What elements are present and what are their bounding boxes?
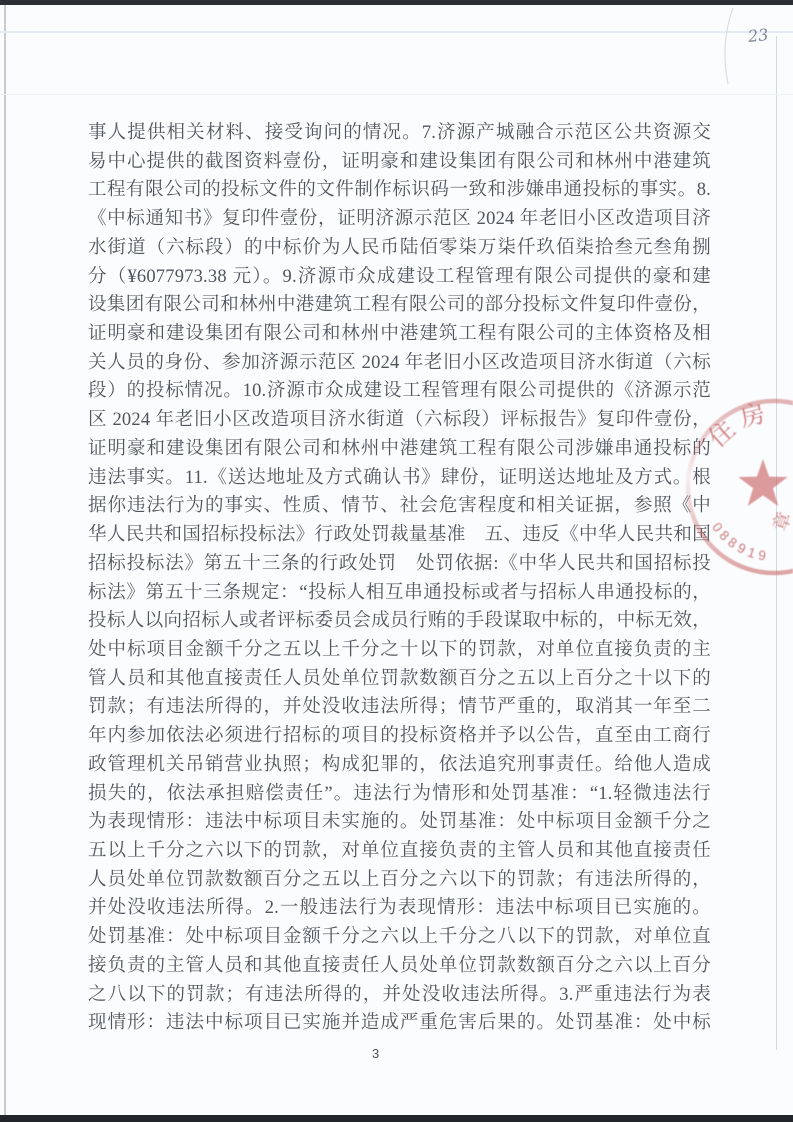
text-line: 证明豪和建设集团有限公司和林州中港建筑工程有限公司涉嫌串通投标的 [88,435,711,464]
text-line: 水街道（六标段）的中标价为人民币陆佰零柒万柒仟玖佰柒拾叁元叁角捌 [88,234,711,263]
text-line: 现情形：违法中标项目已实施并造成严重危害后果的。处罚基准：处中标 [88,1009,711,1038]
document-body-text: 事人提供相关材料、接受询问的情况。7.济源产城融合示范区公共资源交易中心提供的截… [88,119,711,1038]
text-line: 工程有限公司的投标文件的文件制作标识码一致和涉嫌串通投标的事实。8. [88,176,711,205]
text-line: 招标投标法》第五十三条的行政处罚 处罚依据:《中华人民共和国招标投 [88,550,711,579]
seal-partial-character: 章 [769,509,793,534]
paper-crease-line [712,6,742,86]
text-line: 罚款；有违法所得的，并处没收违法所得；情节严重的，取消其一年至二 [88,693,711,722]
official-seal-stamp: 住房 088919 章 [652,383,793,593]
page-number: 3 [372,1046,379,1061]
text-line: 之八以下的罚款；有违法所得的，并处没收违法所得。3.严重违法行为表 [88,981,711,1010]
text-line: 违法事实。11.《送达地址及方式确认书》肆份，证明送达地址及方式。根 [88,464,711,493]
text-line: 为表现情形：违法中标项目未实施的。处罚基准：处中标项目金额千分之 [88,808,711,837]
scan-artifact-line [0,94,793,95]
text-line: 标法》第五十三条规定：“投标人相互串通投标或者与招标人串通投标的， [88,579,711,608]
scan-border-top [0,0,793,5]
text-line: 管人员和其他直接责任人员处单位罚款数额百分之五以上百分之十以下的 [88,665,711,694]
seal-arc-text: 住房 [703,398,775,453]
text-line: 关人员的身份、参加济源示范区 2024 年老旧小区改造项目济水街道（六标 [88,349,711,378]
text-line: 易中心提供的截图资料壹份，证明豪和建设集团有限公司和林州中港建筑 [88,148,711,177]
text-line: 并处没收违法所得。2.一般违法行为表现情形：违法中标项目已实施的。 [88,894,711,923]
text-line: 处中标项目金额千分之五以上千分之十以下的罚款，对单位直接负责的主 [88,636,711,665]
text-line: 人员处单位罚款数额百分之五以上百分之六以下的罚款；有违法所得的， [88,866,711,895]
scan-border-bottom [0,1115,793,1122]
text-line: 据你违法行为的事实、性质、情节、社会危害程度和相关证据，参照《中 [88,492,711,521]
text-line: 损失的，依法承担赔偿责任”。违法行为情形和处罚基准：“1.轻微违法行 [88,780,711,809]
text-line: 段）的投标情况。10.济源市众成建设工程管理有限公司提供的《济源示范 [88,377,711,406]
scan-artifact-line [0,31,793,33]
text-line: 事人提供相关材料、接受询问的情况。7.济源产城融合示范区公共资源交 [88,119,711,148]
text-line: 区 2024 年老旧小区改造项目济水街道（六标段）评标报告》复印件壹份， [88,406,711,435]
text-line: 华人民共和国招标投标法》行政处罚裁量基准 五、违反《中华人民共和国 [88,521,711,550]
text-line: 政管理机关吊销营业执照；构成犯罪的，依法追究刑事责任。给他人造成 [88,751,711,780]
text-line: 证明豪和建设集团有限公司和林州中港建筑工程有限公司的主体资格及相 [88,320,711,349]
text-line: 年内参加依法必须进行招标的项目的投标资格并予以公告，直至由工商行 [88,722,711,751]
text-line: 投标人以向招标人或者评标委员会成员行贿的手段谋取中标的，中标无效， [88,607,711,636]
star-icon [738,459,787,506]
text-line: 接负责的主管人员和其他直接责任人员处单位罚款数额百分之六以上百分 [88,952,711,981]
seal-serial-number: 088919 [709,520,771,564]
scan-border-left [4,5,6,1115]
text-line: 五以上千分之六以下的罚款，对单位直接负责的主管人员和其他直接责任 [88,837,711,866]
text-line: 分（¥6077973.38 元）。9.济源市众成建设工程管理有限公司提供的豪和建 [88,263,711,292]
text-line: 设集团有限公司和林州中港建筑工程有限公司的部分投标文件复印件壹份， [88,291,711,320]
text-line: 处罚基准：处中标项目金额千分之六以上千分之八以下的罚款，对单位直 [88,923,711,952]
handwritten-page-note: 23 [747,25,769,46]
scanned-document-page: 23 事人提供相关材料、接受询问的情况。7.济源产城融合示范区公共资源交易中心提… [0,0,793,1122]
text-line: 《中标通知书》复印件壹份，证明济源示范区 2024 年老旧小区改造项目济 [88,205,711,234]
